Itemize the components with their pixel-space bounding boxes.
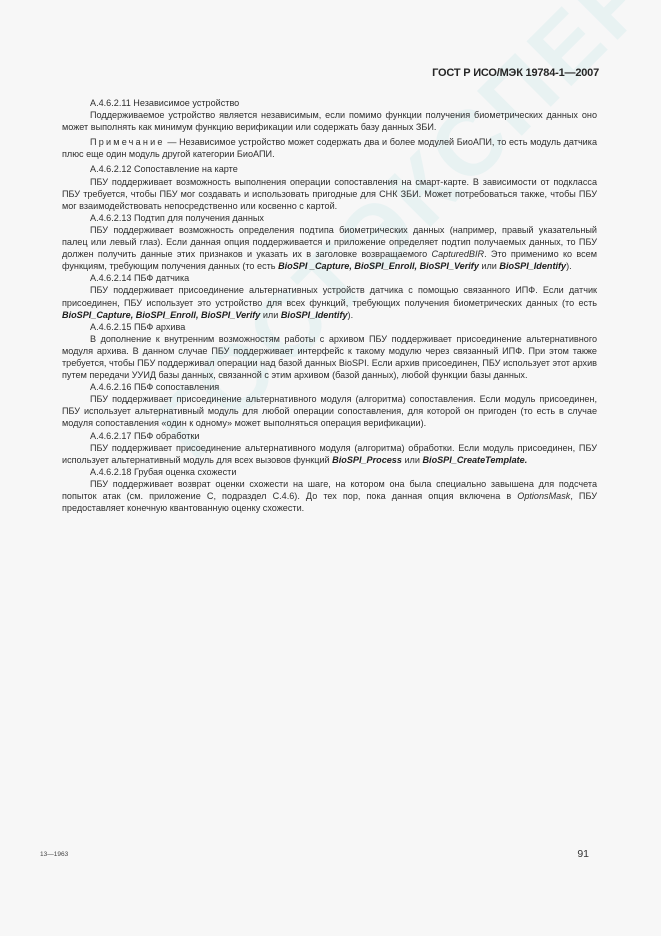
function-name: BioSPI_Capture [62,310,131,320]
section-heading: А.4.6.2.15 ПБФ архива [62,321,597,333]
term-captured-bir: CapturedBIR [432,249,485,259]
separator: или [479,261,500,271]
paragraph: В дополнение к внутренним возможностям р… [62,333,597,381]
section-heading: А.4.6.2.13 Подтип для получения данных [62,212,597,224]
section-heading: А.4.6.2.17 ПБФ обработки [62,430,597,442]
paragraph: Поддерживаемое устройство является незав… [62,109,597,133]
separator: или [260,310,281,320]
paragraph: ПБУ поддерживает присоединение альтернат… [62,393,597,429]
document-body: А.4.6.2.11 Независимое устройство Поддер… [62,97,597,514]
paragraph: ПБУ поддерживает возврат оценки схожести… [62,478,597,514]
function-name: BioSPI_CreateTemplate [422,455,524,465]
page-number: 91 [577,848,589,860]
footer-code: 13—1963 [40,851,68,858]
section-heading: А.4.6.2.12 Сопоставление на карте [62,163,597,175]
document-header: ГОСТ Р ИСО/МЭК 19784-1—2007 [432,67,599,79]
paragraph: ПБУ поддерживает возможность определения… [62,224,597,272]
paragraph: ПБУ поддерживает возможность выполнения … [62,176,597,212]
function-name: BioSPI _Capture [278,261,349,271]
section-heading: А.4.6.2.14 ПБФ датчика [62,272,597,284]
function-name: BioSPI_Verify [201,310,260,320]
text-run: ). [566,261,572,271]
note-label: Примечание [90,137,165,147]
text-run: ). [348,310,354,320]
note: Примечание — Независимое устройство може… [62,136,597,160]
function-name: BioSPI_Identify [281,310,348,320]
section-heading: А.4.6.2.18 Грубая оценка схожести [62,466,597,478]
separator: или [402,455,423,465]
paragraph: ПБУ поддерживает присоединение альтернат… [62,442,597,466]
function-name: BioSPI_Process [332,455,402,465]
text-run: . [525,455,528,465]
function-name: BioSPI_Enroll [136,310,196,320]
text-run: ПБУ поддерживает присоединение альтернат… [62,285,597,307]
function-name: BioSPI_Verify [420,261,479,271]
section-heading: А.4.6.2.16 ПБФ сопоставления [62,381,597,393]
paragraph: ПБУ поддерживает присоединение альтернат… [62,284,597,320]
term-options-mask: OptionsMask [517,491,570,501]
section-heading: А.4.6.2.11 Независимое устройство [62,97,597,109]
function-name: BioSPI_Enroll [354,261,414,271]
function-name: BioSPI_Identify [499,261,566,271]
